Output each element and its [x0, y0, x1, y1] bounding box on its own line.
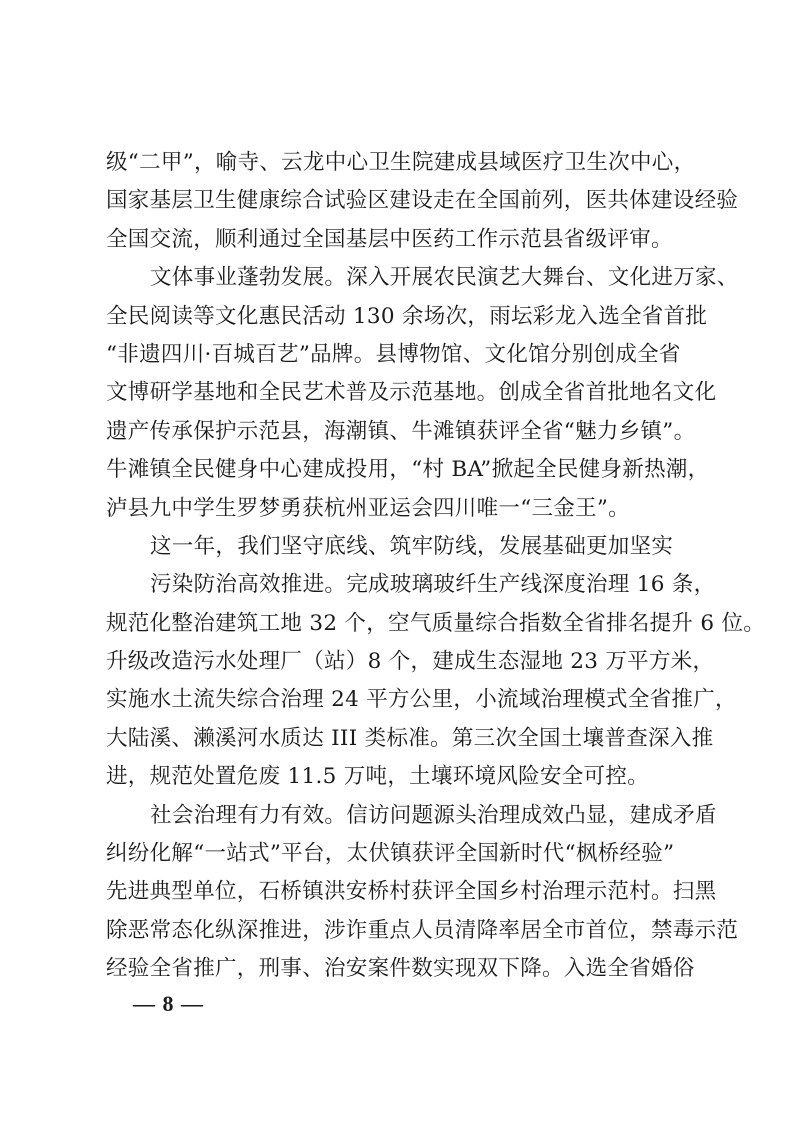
text-line: 进，规范处置危废 11.5 万吨，土壤环境风险安全可控。 — [106, 758, 694, 796]
page-number: — 8 — — [133, 990, 204, 1018]
text-line: 实施水土流失综合治理 24 平方公里，小流域治理模式全省推广， — [106, 681, 694, 719]
text-line: 牛滩镇全民健身中心建成投用，“村 BA”掀起全民健身新热潮， — [106, 451, 694, 489]
text-line: 国家基层卫生健康综合试验区建设走在全国前列，医共体建设经验 — [106, 182, 694, 220]
body-text: 级“二甲”，喻寺、云龙中心卫生院建成县域医疗卫生次中心， 国家基层卫生健康综合试… — [106, 144, 694, 989]
text-line: 先进典型单位，石桥镇洪安桥村获评全国乡村治理示范村。扫黑 — [106, 873, 694, 911]
paragraph-start-pollution-control: 污染防治高效推进。完成玻璃玻纤生产线深度治理 16 条， — [106, 566, 694, 604]
text-line: 文博研学基地和全民艺术普及示范基地。创成全省首批地名文化 — [106, 374, 694, 412]
text-line: 纠纷化解“一站式”平台，太伏镇获评全国新时代“枫桥经验” — [106, 835, 694, 873]
text-line: 大陆溪、濑溪河水质达 III 类标准。第三次全国土壤普查深入推 — [106, 720, 694, 758]
section-heading-bottom-line: 这一年，我们坚守底线、筑牢防线，发展基础更加坚实 — [106, 528, 694, 566]
text-line: 经验全省推广，刑事、治安案件数实现双下降。入选全省婚俗 — [106, 950, 694, 988]
document-page: 级“二甲”，喻寺、云龙中心卫生院建成县域医疗卫生次中心， 国家基层卫生健康综合试… — [0, 0, 794, 1123]
paragraph-start-culture-sports: 文体事业蓬勃发展。深入开展农民演艺大舞台、文化进万家、 — [106, 259, 694, 297]
paragraph-start-social-governance: 社会治理有力有效。信访问题源头治理成效凸显，建成矛盾 — [106, 797, 694, 835]
text-line: 遗产传承保护示范县，海潮镇、牛滩镇获评全省“魅力乡镇”。 — [106, 413, 694, 451]
text-line: 规范化整治建筑工地 32 个，空气质量综合指数全省排名提升 6 位。 — [106, 605, 694, 643]
text-line: 除恶常态化纵深推进，涉诈重点人员清降率居全市首位，禁毒示范 — [106, 912, 694, 950]
text-line: 泸县九中学生罗梦勇获杭州亚运会四川唯一“三金王”。 — [106, 490, 694, 528]
text-line: 全民阅读等文化惠民活动 130 余场次，雨坛彩龙入选全省首批 — [106, 298, 694, 336]
text-line: 级“二甲”，喻寺、云龙中心卫生院建成县域医疗卫生次中心， — [106, 144, 694, 182]
text-line: 全国交流，顺利通过全国基层中医药工作示范县省级评审。 — [106, 221, 694, 259]
text-line: 升级改造污水处理厂（站）8 个，建成生态湿地 23 万平方米， — [106, 643, 694, 681]
text-line: “非遗四川·百城百艺”品牌。县博物馆、文化馆分别创成全省 — [106, 336, 694, 374]
